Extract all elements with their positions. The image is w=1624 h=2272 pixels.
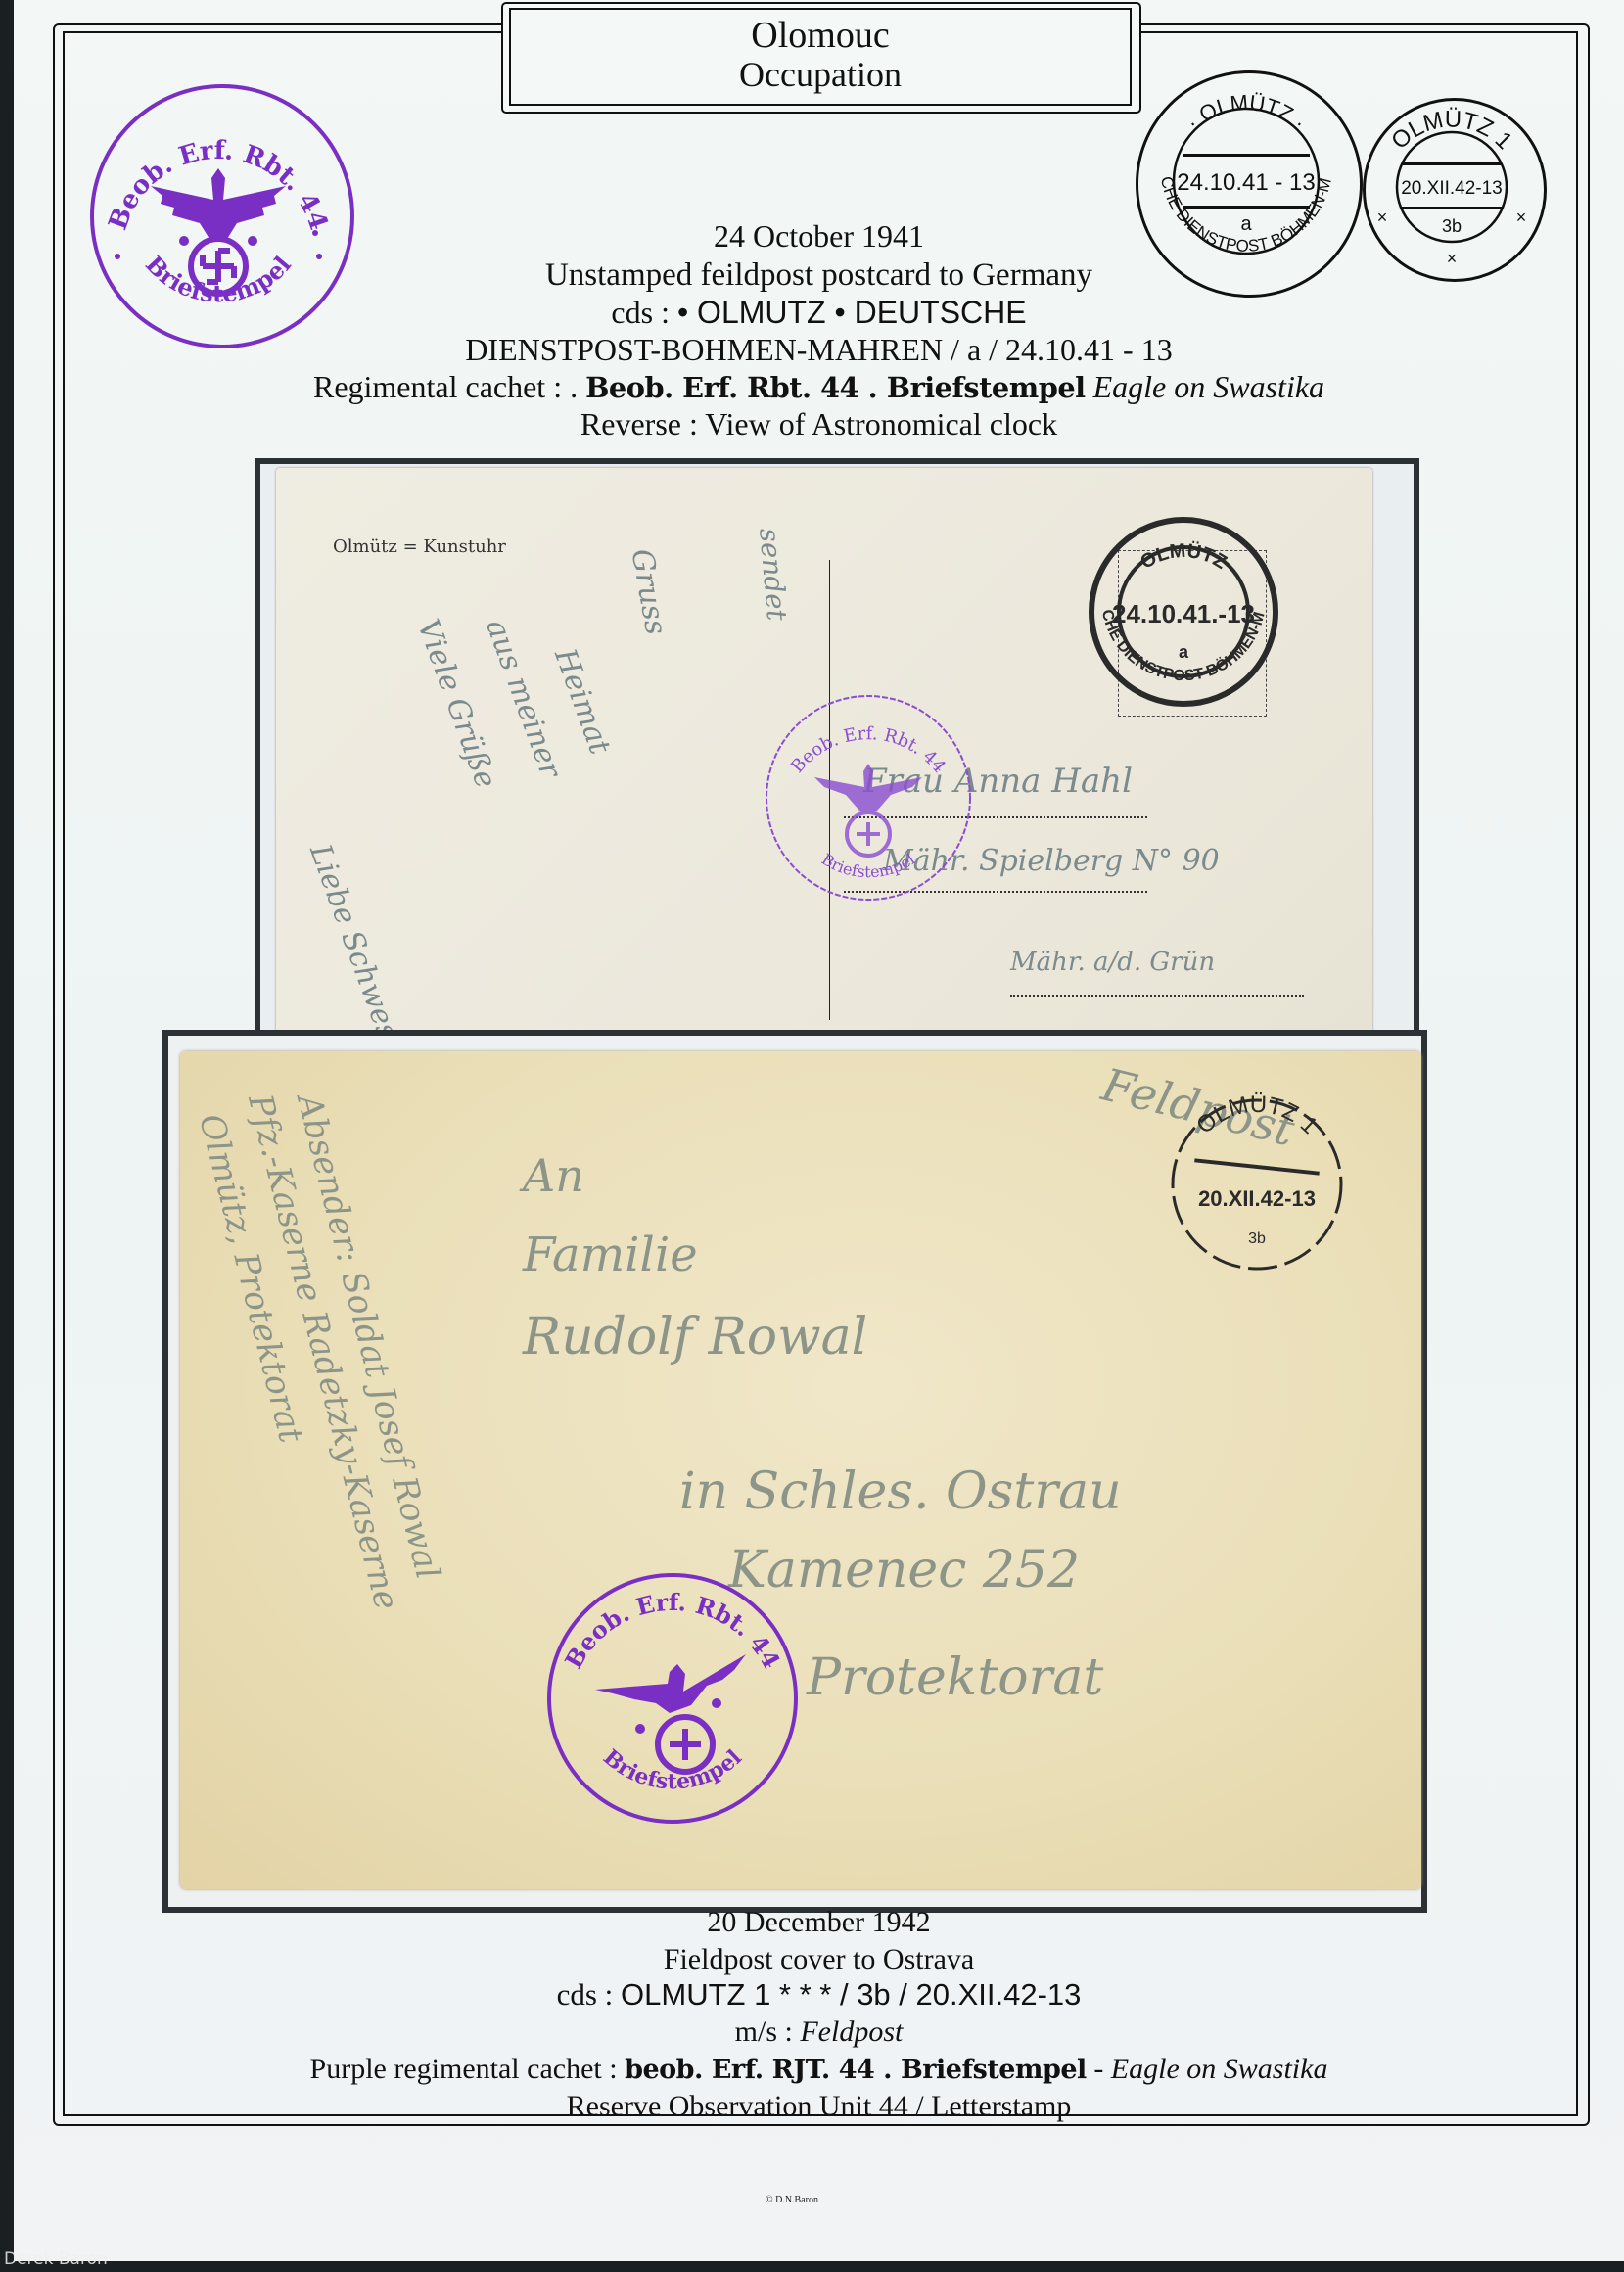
item1-cachet-label: Regimental cachet : . <box>313 369 585 404</box>
envelope-address-line2: Familie <box>523 1228 698 1282</box>
svg-text:· OLMÜTZ ·: · OLMÜTZ · <box>1182 90 1312 135</box>
item2-ms-line: m/s : Feldpost <box>14 2015 1624 2050</box>
svg-text:OLMÜTZ 1: OLMÜTZ 1 <box>1191 1091 1322 1139</box>
postcard-printed-caption: Olmütz = Kunstuhr <box>333 536 506 557</box>
item2-description: Fieldpost cover to Ostrava <box>14 1942 1624 1977</box>
title-box: Olomouc Occupation <box>509 8 1132 106</box>
svg-text:3b: 3b <box>1248 1230 1266 1247</box>
envelope-address-line1: An <box>523 1149 584 1202</box>
postcard-cds: OLMÜTZ DEUTSCHE DIENSTPOST-BÖHMEN-MÄHREN… <box>1081 509 1286 715</box>
svg-text:OLMÜTZ: OLMÜTZ <box>1137 539 1230 574</box>
item1-cachet-text: Beob. Erf. Rbt. 44 . Briefstempel <box>585 371 1086 404</box>
svg-text:OLMÜTZ 1: OLMÜTZ 1 <box>1386 106 1517 155</box>
item2-cds-line: cds : OLMUTZ 1 * * * / 3b / 20.XII.42-13 <box>14 1977 1624 2013</box>
item2-cachet-label: Purple regimental cachet : <box>310 2053 626 2085</box>
copyright-notice: © D.N.Baron <box>766 2195 818 2205</box>
item1-cds-line2: DIENSTPOST-BOHMEN-MAHREN / a / 24.10.41 … <box>14 331 1624 368</box>
postcard-cachet: Beob. Erf. Rbt. 44 Briefstempel <box>756 685 981 910</box>
postcard-message-line: sendet <box>753 527 793 622</box>
svg-text:Beob. Erf. Rbt. 44: Beob. Erf. Rbt. 44 <box>559 1588 786 1673</box>
svg-text:DEUTSCHE DIENSTPOST-BÖHMEN-MÄH: DEUTSCHE DIENSTPOST-BÖHMEN-MÄHREN <box>1081 509 1269 684</box>
item1-date: 24 October 1941 <box>14 217 1624 255</box>
item1-cachet-line: Regimental cachet : . Beob. Erf. Rbt. 44… <box>14 368 1624 406</box>
item2-cachet-text: beob. Erf. RJT. 44 . Briefstempel <box>625 2055 1087 2085</box>
envelope-cachet: Beob. Erf. Rbt. 44 Briefstempel <box>540 1566 805 1831</box>
item2-cds-label: cds : <box>557 1977 621 2012</box>
item2-cachet-line: Purple regimental cachet : beob. Erf. RJ… <box>14 2052 1624 2088</box>
eagle-on-swastika-icon <box>814 764 922 856</box>
item2-date: 20 December 1942 <box>14 1905 1624 1940</box>
postcard-message-line: Heimat <box>547 644 617 759</box>
item2-ms-value: Feldpost <box>800 2016 903 2048</box>
item2-ms-label: m/s : <box>735 2016 801 2048</box>
item2-translation: Reserve Observation Unit 44 / Letterstam… <box>14 2089 1624 2124</box>
item1-reverse-note: Reverse : View of Astronomical clock <box>14 405 1624 442</box>
item1-cds-line1: cds : • OLMUTZ • DEUTSCHE <box>14 294 1624 331</box>
page-subtitle: Occupation <box>511 55 1130 94</box>
exhibit-sheet: Olomouc Occupation Beob. Erf. Rbt. 44 Br… <box>14 0 1624 2261</box>
address-underline <box>1010 995 1304 997</box>
envelope-cds: OLMÜTZ 1 20.XII.42-13 3b <box>1159 1087 1355 1282</box>
watermark: Derek Baron <box>4 2249 108 2269</box>
postcard-message-line: Gruss <box>625 546 673 637</box>
postcard-address-line3: Mähr. a/d. Grün <box>1010 948 1215 977</box>
svg-text:24.10.41.-13: 24.10.41.-13 <box>1112 599 1255 628</box>
item2-cachet-desc: - Eagle on Swastika <box>1087 2053 1328 2085</box>
item2-cds-value: OLMUTZ 1 * * * / 3b / 20.XII.42-13 <box>621 1977 1081 2012</box>
envelope-address-line4: in Schles. Ostrau <box>679 1462 1122 1521</box>
page-title: Olomouc <box>511 16 1130 55</box>
item1-description: Unstamped feildpost postcard to Germany <box>14 256 1624 294</box>
item1-cds-label: cds : <box>611 295 677 330</box>
item1-cachet-desc: Eagle on Swastika <box>1093 369 1324 404</box>
svg-text:20.XII.42-13: 20.XII.42-13 <box>1401 178 1503 199</box>
item1-cds-value1: • OLMUTZ • DEUTSCHE <box>677 295 1027 330</box>
envelope: Feldpost An Familie Rudolf Rowal in Schl… <box>180 1051 1421 1889</box>
svg-text:24.10.41 - 13: 24.10.41 - 13 <box>1177 169 1315 196</box>
envelope-address-line6: Protektorat <box>807 1648 1103 1707</box>
envelope-address-line3: Rudolf Rowal <box>523 1308 867 1367</box>
svg-text:a: a <box>1179 642 1189 662</box>
svg-text:20.XII.42-13: 20.XII.42-13 <box>1198 1186 1316 1211</box>
postcard: Olmütz = Kunstuhr Liebe Schwester Viele … <box>276 468 1372 1036</box>
